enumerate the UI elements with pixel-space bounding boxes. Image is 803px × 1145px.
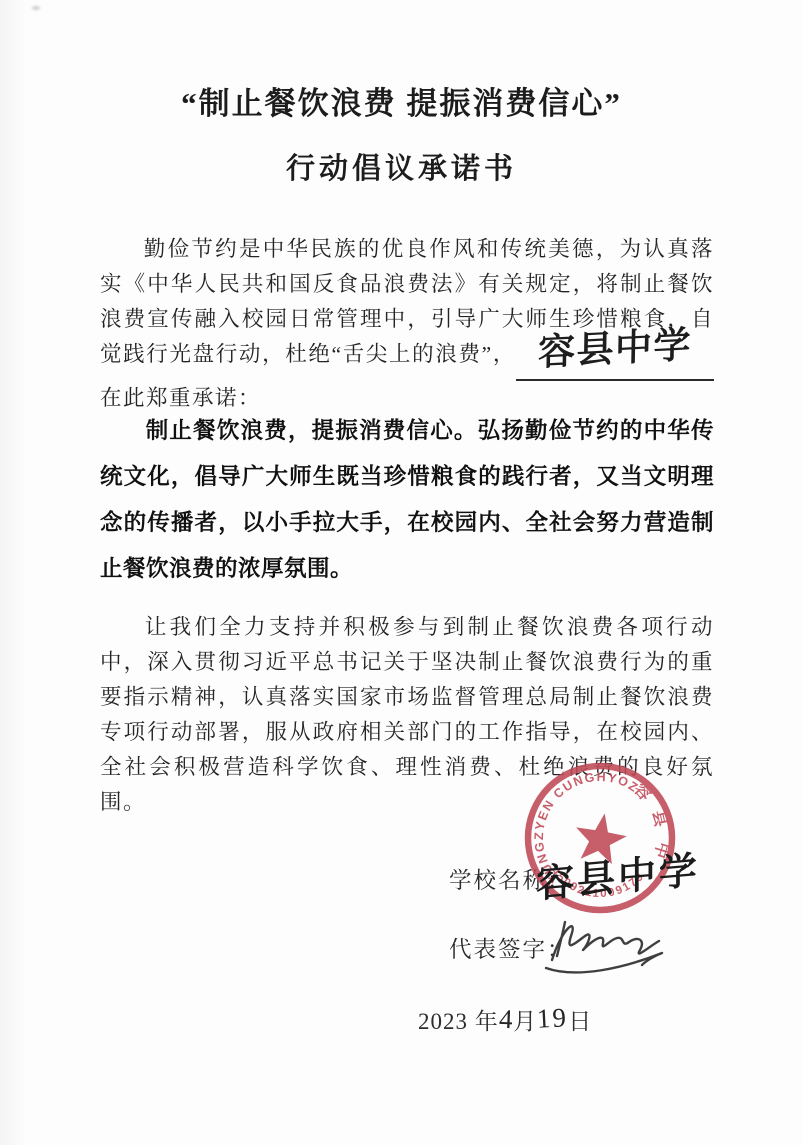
date-month-handwriting: 4 (498, 1004, 514, 1035)
document-title-line2: 行动倡议承诺书 (0, 146, 803, 187)
date-day-unit: 日 (568, 1009, 592, 1034)
date-line: 2023 年4月19日 (418, 1003, 592, 1036)
scan-artifact (30, 4, 42, 12)
paragraph-opening: 勤俭节约是中华民族的优良作风和传统美德，为认真落实《中华人民共和国反食品浪费法》… (100, 232, 714, 416)
document-title-line1: “制止餐饮浪费 提振消费信心” (0, 78, 803, 123)
paragraph-pledge-text: 制止餐饮浪费，提振消费信心。弘扬勤俭节约的中华传统文化，倡导广大师生既当珍惜粮食… (100, 418, 714, 581)
date-month-unit: 月 (513, 1009, 537, 1034)
representative-signature-handwriting (532, 910, 682, 988)
signature-stroke (552, 926, 659, 960)
date-day-handwriting: 19 (536, 1002, 569, 1035)
school-name-fill-handwriting: 容县中学 (516, 325, 714, 375)
signature-stroke (546, 953, 662, 972)
paragraph-pledge: 制止餐饮浪费，提振消费信心。弘扬勤俭节约的中华传统文化，倡导广大师生既当珍惜粮食… (100, 408, 714, 592)
school-name-fill-blank: 容县中学 (516, 356, 714, 381)
paragraph-opening-tail: 在此郑重承诺： (100, 386, 261, 410)
scanned-pledge-document: “制止餐饮浪费 提振消费信心” 行动倡议承诺书 勤俭节约是中华民族的优良作风和传… (0, 0, 803, 1145)
date-year: 2023 年 (418, 1009, 499, 1034)
